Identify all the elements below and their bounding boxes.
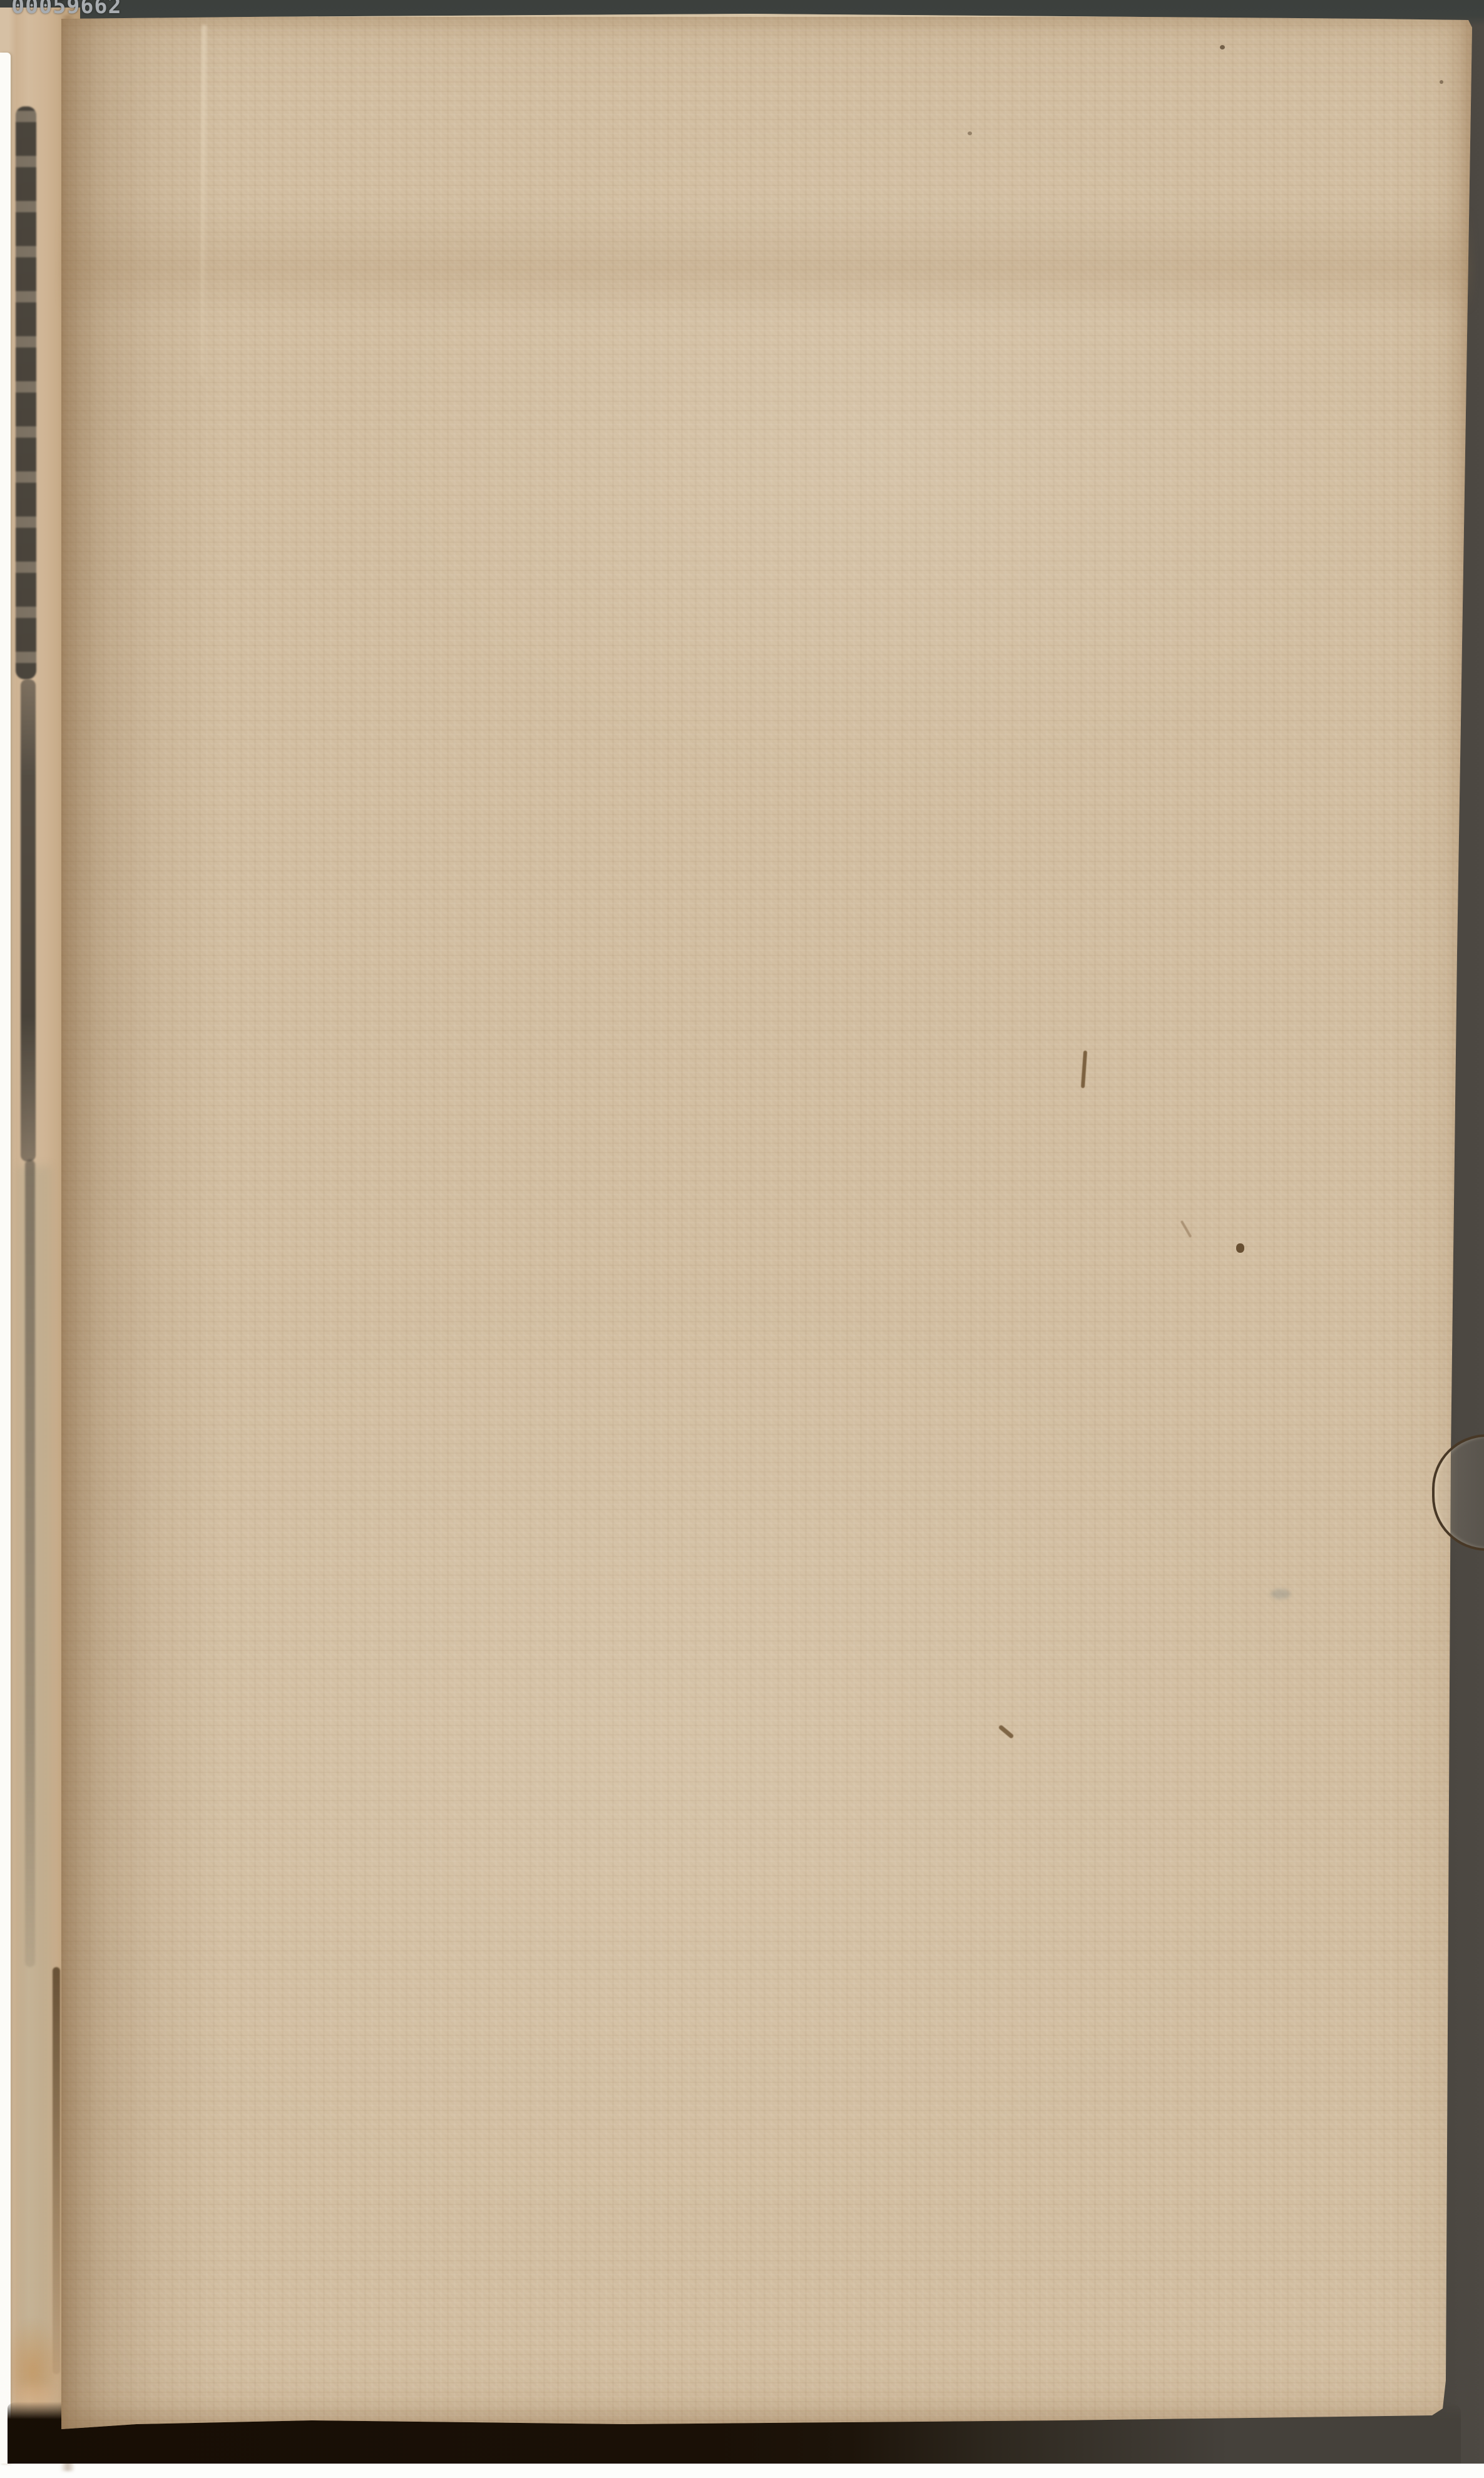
- foxing-speck: [1220, 45, 1225, 49]
- scan-stamp-number: 00059662: [11, 0, 122, 19]
- gray-smudge: [1271, 1589, 1291, 1599]
- gutter-dark-streak-bottom: [53, 1967, 60, 2374]
- book-scan: 00059662: [0, 0, 1484, 2478]
- foxing-speck: [968, 131, 972, 135]
- gutter-dark-streak-low: [25, 1159, 35, 1967]
- foxing-speck: [1440, 80, 1443, 84]
- scanner-bed-left-sliver: [0, 53, 11, 2464]
- gutter-dark-streak-mid: [21, 679, 36, 1161]
- paper-tone-band: [61, 207, 1472, 313]
- foxing-speck: [1236, 1243, 1244, 1253]
- book-page: [61, 14, 1472, 2430]
- gutter-dark-streak-upper: [16, 106, 36, 679]
